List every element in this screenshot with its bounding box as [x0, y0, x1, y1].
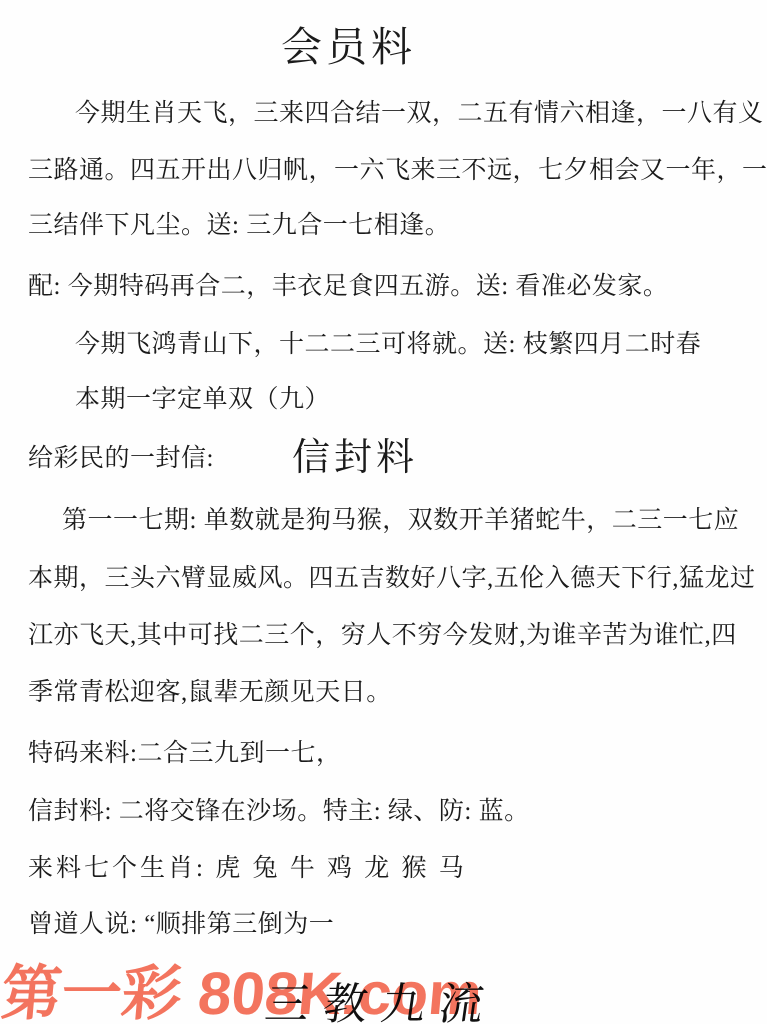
footer: 三教九流 第一彩 808K.com: [0, 940, 767, 1024]
envelope-para-line-2: 本期，三头六臂显威风。四五吉数好八字,五伦入德天下行,猛龙过: [28, 558, 756, 594]
footer-watermark: 第一彩 808K.com: [0, 946, 486, 1024]
member-para-line-3: 三结伴下凡尘。送: 三九合一七相逢。: [28, 205, 450, 241]
zengdaoren-line: 曾道人说: “顺排第三倒为一: [28, 904, 334, 940]
envelope-para-line-3: 江亦飞天,其中可找二三个，穷人不穷今发财,为谁辛苦为谁忙,四: [28, 615, 737, 651]
envelope-para-line-4: 季常青松迎客,鼠辈无颜见天日。: [28, 672, 392, 708]
xinfeng-line: 信封料: 二将交锋在沙场。特主: 绿、防: 蓝。: [28, 791, 530, 827]
member-para-line-2: 三路通。四五开出八归帆，一六飞来三不远，七夕相会又一年，一: [28, 150, 767, 186]
scanned-page: 会员料 今期生肖天飞，三来四合结一双，二五有情六相逢，一八有义 三路通。四五开出…: [0, 0, 767, 1024]
feihong-line: 今期飞鸿青山下，十二二三可将就。送: 枝繁四月二时春: [75, 324, 701, 360]
tema-line: 特码来料:二合三九到一七，: [28, 733, 341, 769]
page-title: 会员料: [281, 14, 416, 73]
envelope-section-title: 信封料: [292, 426, 418, 481]
member-para-line-1: 今期生肖天飞，三来四合结一双，二五有情六相逢，一八有义: [75, 93, 764, 129]
danshuang-line: 本期一字定单双（九）: [75, 379, 330, 415]
envelope-para-line-1: 第一一七期: 单数就是狗马猴，双数开羊猪蛇牛，二三一七应: [62, 500, 739, 536]
pei-line: 配: 今期特码再合二，丰衣足食四五游。送: 看准必发家。: [28, 266, 668, 302]
letter-label: 给彩民的一封信:: [28, 438, 214, 474]
shengxiao-line: 来料七个生肖: 虎 兔 牛 鸡 龙 猴 马: [28, 848, 467, 884]
